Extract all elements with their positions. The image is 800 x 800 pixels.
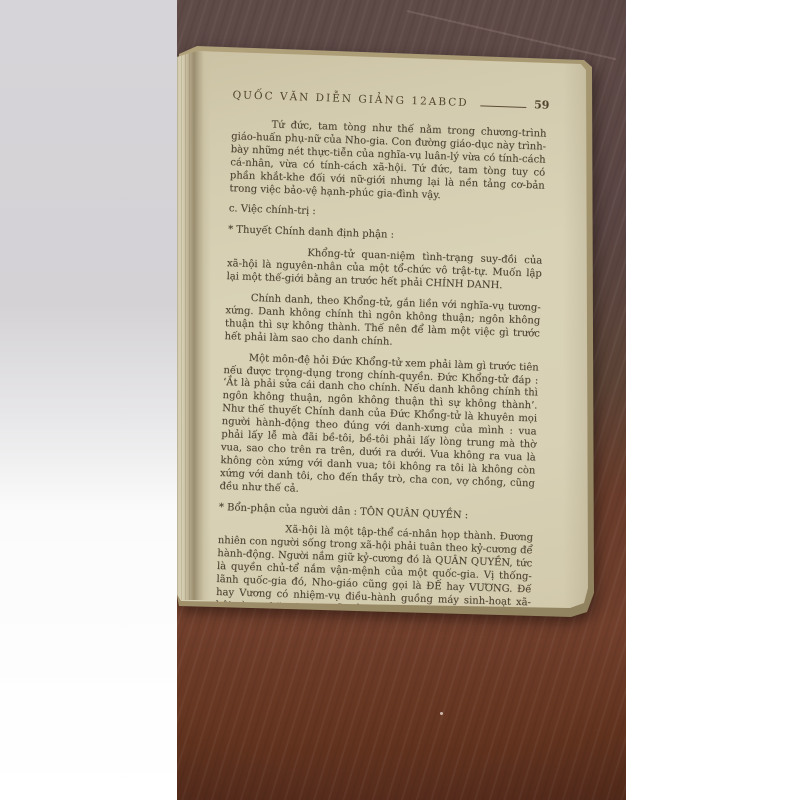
left-background-band bbox=[0, 0, 177, 800]
photo-vignette bbox=[177, 0, 626, 800]
book-photograph: QUỐC VĂN DIỄN GIẢNG 12ABCD 59 Tứ đức, ta… bbox=[177, 0, 626, 800]
screenshot-canvas: QUỐC VĂN DIỄN GIẢNG 12ABCD 59 Tứ đức, ta… bbox=[0, 0, 800, 800]
right-background-band bbox=[626, 0, 800, 800]
